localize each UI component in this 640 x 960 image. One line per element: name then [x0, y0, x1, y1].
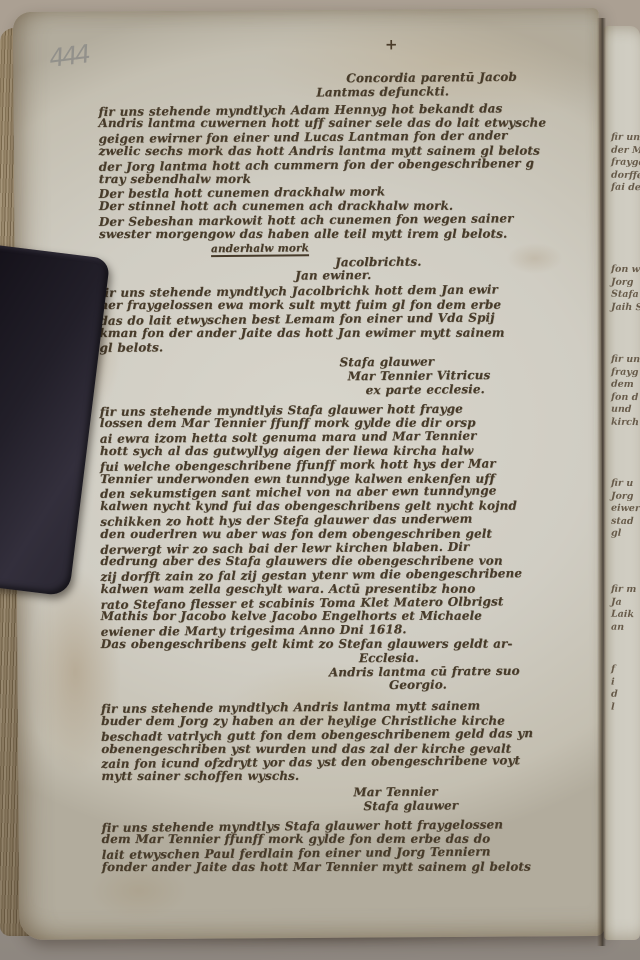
manuscript-line: mytt sainer schoffen wyschs. — [101, 770, 579, 784]
next-page-fragment-line: Laik — [611, 609, 640, 622]
next-page-fragment-line: an — [611, 621, 640, 634]
next-page-fragment-line: Ja — [611, 596, 640, 609]
next-page-fragment-line: Jorg — [611, 276, 640, 289]
next-page-fragment-line: Stafa — [611, 289, 640, 302]
manuscript-line: Jan ewiner. — [295, 267, 577, 283]
next-page-fragment-cluster: fir uJorgeiwerstadgl — [611, 478, 640, 541]
next-page-fragment-line: i — [611, 676, 640, 689]
next-page-fragment-line: frayg — [611, 366, 640, 379]
next-page-fragment-cluster: fir mJaLaikan — [611, 584, 640, 634]
next-page-fragment-line: und — [611, 404, 640, 417]
book: 444 + Concordia parentū JacobLantmas def… — [0, 0, 640, 960]
manuscript-line: Georgio. — [389, 678, 579, 693]
next-page-fragment-line: d — [611, 689, 640, 702]
ink-cross-mark: + — [385, 35, 398, 53]
next-page-fragment-line: eiwer — [611, 503, 640, 516]
next-page-fragment-cluster: fir unsfraygdemfon dundkirch — [611, 354, 640, 429]
next-page-fragment-line: fraygelo — [611, 157, 640, 170]
next-page-fragment-cluster: fir unsder Marfraygelodorffe lfai der — [611, 132, 640, 195]
manuscript-line: swester morgengow das haben alle teil my… — [99, 227, 577, 241]
next-page-fragment-line: Jorg — [611, 490, 640, 503]
next-page-fragment-line: fai der — [611, 182, 640, 195]
next-page-fragment-line: fir uns — [611, 132, 640, 145]
next-page-fragment-line: Jaih S — [611, 301, 640, 314]
next-page-fragment-line: kirch — [611, 416, 640, 429]
next-page-fragment-line: fir m — [611, 584, 640, 597]
next-page-fragment-line: fir uns — [611, 354, 640, 367]
folio-number-pencil: 444 — [49, 39, 89, 73]
manuscript-line: Stafa glauwer — [363, 798, 579, 814]
next-page-fragment-line: dorffe l — [611, 169, 640, 182]
manuscript-line: ex parte ecclesie. — [366, 382, 578, 398]
page-gutter-crease — [597, 18, 606, 946]
photo-background: { "photo": { "table_color": "#a69b8f", "… — [0, 0, 640, 960]
next-page-fragment-line: gl — [611, 528, 640, 541]
next-page-fragment-line: fon w — [611, 264, 640, 277]
next-page-fragment-line: dem — [611, 379, 640, 392]
next-page-edge: fir unsder Marfraygelodorffe lfai derfon… — [604, 26, 640, 940]
next-page-fragment-line: der Mar — [611, 144, 640, 157]
manuscript-line: Das obengeschribens gelt kimt zo Stefan … — [101, 638, 579, 652]
next-page-fragment-cluster: fidl — [611, 664, 640, 714]
manuscript-line: fonder ander Jaite das hott Mar Tennier … — [102, 861, 580, 875]
next-page-fragment-line: fir u — [611, 478, 640, 491]
next-page-fragment-line: fon d — [611, 391, 640, 404]
next-page-fragment-line: f — [611, 664, 640, 677]
next-page-fragment-line: l — [611, 701, 640, 714]
manuscript-line: anderhalw mork — [211, 240, 577, 255]
next-page-fragment-cluster: fon wJorgStafaJaih S — [611, 264, 640, 314]
manuscript-line: gl belots. — [99, 338, 577, 356]
text-area: Concordia parentū JacobLantmas defunckti… — [98, 71, 579, 876]
manuscript-page: 444 + Concordia parentū JacobLantmas def… — [13, 8, 605, 940]
manuscript-line: Lantmas defunckti. — [316, 84, 576, 100]
next-page-fragment-line: stad — [611, 515, 640, 528]
